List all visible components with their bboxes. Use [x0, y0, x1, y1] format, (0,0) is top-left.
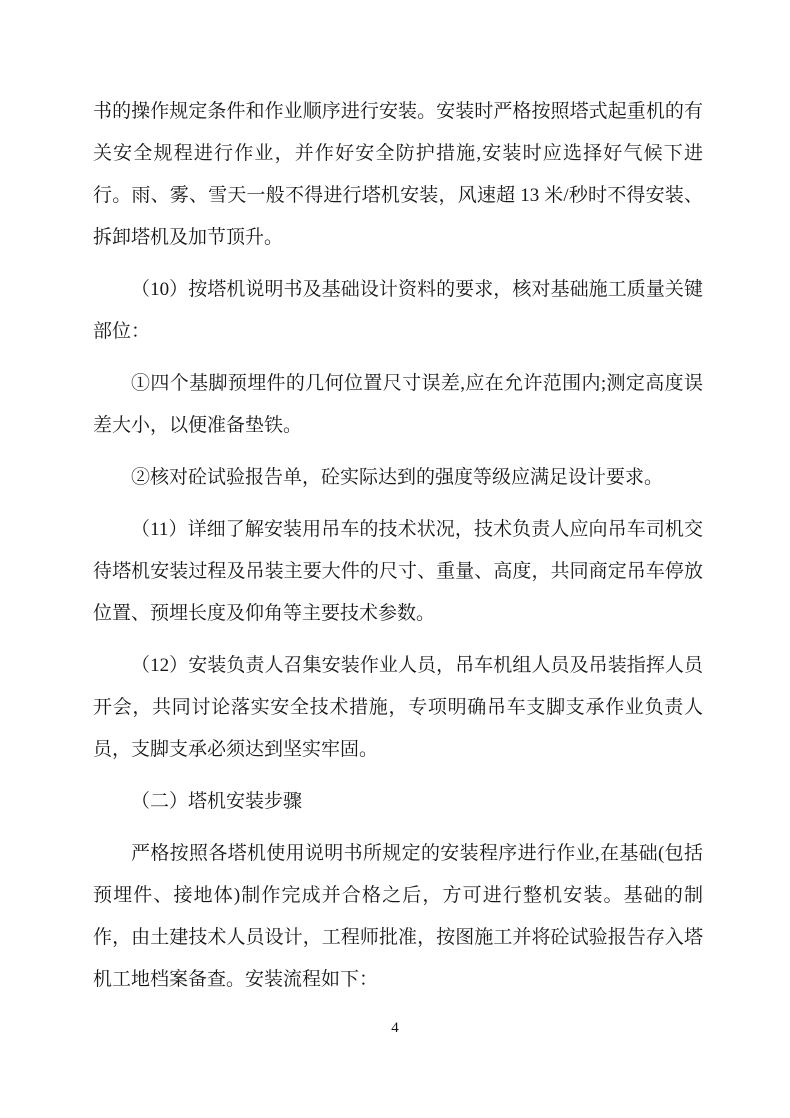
para-continuation: 书的操作规定条件和作业顺序进行安装。安装时严格按照塔式起重机的有关安全规程进行作…: [93, 91, 703, 259]
page-number: 4: [0, 1018, 790, 1038]
para-item-12: （12）安装负责人召集安装作业人员，吊车机组人员及吊装指挥人员开会，共同讨论落实…: [93, 645, 703, 771]
document-body: 书的操作规定条件和作业顺序进行安装。安装时严格按照塔式起重机的有关安全规程进行作…: [93, 91, 703, 1011]
para-item-11: （11）详细了解安装用吊车的技术状况，技术负责人应向吊车司机交待塔机安装过程及吊…: [93, 509, 703, 635]
para-installation-process: 严格按照各塔机使用说明书所规定的安装程序进行作业,在基础(包括预埋件、接地体)制…: [93, 833, 703, 1001]
para-item-10: （10）按塔机说明书及基础设计资料的要求，核对基础施工质量关键部位：: [93, 269, 703, 353]
document-page: 书的操作规定条件和作业顺序进行安装。安装时严格按照塔式起重机的有关安全规程进行作…: [0, 0, 790, 1118]
para-subitem-2: ②核对砼试验报告单，砼实际达到的强度等级应满足设计要求。: [93, 457, 703, 499]
para-section-heading: （二）塔机安装步骤: [93, 781, 703, 823]
para-subitem-1: ①四个基脚预埋件的几何位置尺寸误差,应在允许范围内;测定高度误差大小，以便准备垫…: [93, 363, 703, 447]
